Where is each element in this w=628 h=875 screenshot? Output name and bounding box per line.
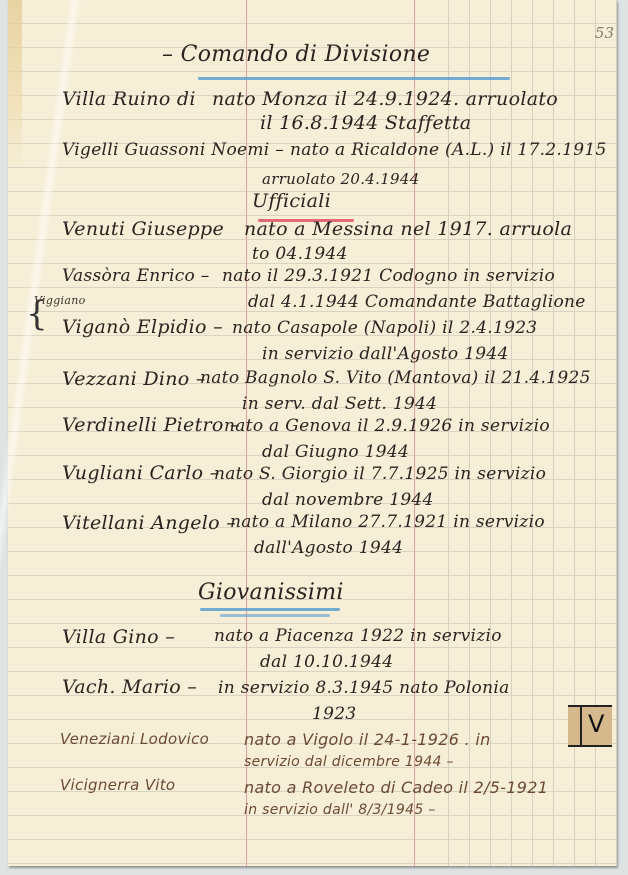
entry-detail: 1923 bbox=[312, 704, 356, 724]
entry-detail: in servizio dall'Agosto 1944 bbox=[262, 344, 509, 364]
entry-name: Verdinelli Pietro – bbox=[62, 414, 240, 436]
entry-detail: arruolato 20.4.1944 bbox=[262, 170, 420, 188]
entry-detail: nato S. Giorgio il 7.7.1925 in servizio bbox=[214, 464, 546, 484]
entry-detail: servizio dal dicembre 1944 – bbox=[244, 754, 454, 770]
entry-detail: nato il 29.3.1921 Codogno in servizio bbox=[222, 266, 555, 286]
entry-detail: nato a Messina nel 1917. arruola bbox=[244, 218, 572, 240]
margin-note: Viggiano bbox=[34, 294, 86, 307]
entry-detail: nato a Genova il 2.9.1926 in servizio bbox=[224, 416, 550, 436]
index-tab: V bbox=[568, 705, 612, 747]
tab-letter: V bbox=[588, 710, 604, 738]
entry-name: Viganò Elpidio – bbox=[62, 316, 223, 338]
entry-detail: nato a Vigolo il 24-1-1926 . in bbox=[244, 730, 491, 749]
entry-detail: nato a Ricaldone (A.L.) il 17.2.1915 bbox=[290, 140, 607, 160]
entry-name: Vach. Mario – bbox=[62, 676, 197, 698]
entry-name: Vitellani Angelo – bbox=[62, 512, 236, 534]
entry-name: Veneziani Lodovico bbox=[60, 730, 209, 748]
entry-detail: to 04.1944 bbox=[252, 244, 348, 264]
entry-detail: nato Casapole (Napoli) il 2.4.1923 bbox=[232, 318, 537, 338]
entry-name: Villa Gino – bbox=[62, 626, 175, 648]
heading-underline bbox=[198, 77, 510, 80]
section-underline bbox=[220, 614, 330, 617]
entry-detail: nato Bagnolo S. Vito (Mantova) il 21.4.1… bbox=[200, 368, 591, 388]
entry-detail: nato a Piacenza 1922 in servizio bbox=[214, 626, 502, 646]
entry-name: Villa Ruino di bbox=[62, 88, 196, 110]
section-heading-ufficiali: Ufficiali bbox=[252, 190, 331, 212]
page-stain bbox=[8, 0, 22, 170]
entry-detail: dal 4.1.1944 Comandante Battaglione bbox=[248, 292, 586, 312]
entry-detail: nato a Roveleto di Cadeo il 2/5-1921 bbox=[244, 778, 548, 797]
entry-detail: in servizio 8.3.1945 nato Polonia bbox=[218, 678, 510, 698]
entry-name: Vezzani Dino – bbox=[62, 368, 206, 390]
entry-detail: dal Giugno 1944 bbox=[262, 442, 409, 462]
section-heading-giovanissimi: Giovanissimi bbox=[198, 580, 344, 605]
entry-detail: dal 10.10.1944 bbox=[260, 652, 393, 672]
section-underline bbox=[200, 608, 340, 611]
entry-detail: il 16.8.1944 Staffetta bbox=[260, 112, 471, 134]
entry-detail: dall'Agosto 1944 bbox=[254, 538, 403, 558]
entry-name: Vassòra Enrico – bbox=[62, 266, 210, 286]
page-heading: – Comando di Divisione bbox=[162, 42, 430, 67]
tab-divider bbox=[580, 707, 582, 745]
entry-detail: nato Monza il 24.9.1924. arruolato bbox=[212, 88, 558, 110]
entry-detail: in servizio dall' 8/3/1945 – bbox=[244, 802, 436, 818]
page-number: 53 bbox=[595, 24, 614, 42]
entry-detail: dal novembre 1944 bbox=[262, 490, 434, 510]
entry-name: Vigelli Guassoni Noemi – bbox=[62, 140, 284, 160]
entry-detail: in serv. dal Sett. 1944 bbox=[242, 394, 437, 414]
entry-detail: nato a Milano 27.7.1921 in servizio bbox=[230, 512, 545, 532]
entry-name: Vugliani Carlo – bbox=[62, 462, 220, 484]
entry-name: Vicignerra Vito bbox=[60, 776, 175, 794]
entry-name: Venuti Giuseppe bbox=[62, 218, 224, 240]
